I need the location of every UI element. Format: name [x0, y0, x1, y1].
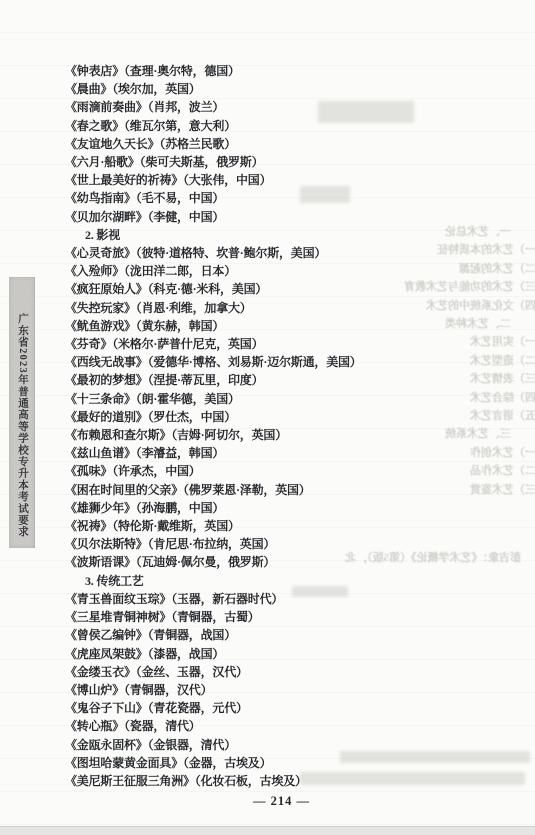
list-item: 《最初的梦想》（涅提·蒂瓦里，印度）	[65, 371, 485, 389]
list-item: 《入殓师》（泷田洋二郎，日本）	[65, 262, 485, 280]
scan-edge-strip	[0, 826, 535, 835]
list-item: 《美尼斯王征服三角洲》（化妆石板，古埃及）	[65, 772, 485, 790]
section-heading: 2. 影视	[65, 226, 485, 244]
list-item: 《困在时间里的父亲》（佛罗莱恩·泽勒，英国）	[65, 481, 485, 499]
list-item: 《贝尔法斯特》（肯尼思·布拉纳，英国）	[65, 535, 485, 553]
list-item: 《世上最美好的祈祷》（大张伟，中国）	[65, 171, 485, 189]
list-item: 《心灵奇旅》（彼特·道格特、坎普·鲍尔斯，美国）	[65, 244, 485, 262]
list-item: 《芬奇》（米格尔·萨普什尼克，英国）	[65, 335, 485, 353]
list-item: 《三星堆青铜神树》（青铜器，古蜀）	[65, 608, 485, 626]
list-item: 《六月·船歌》（柴可夫斯基，俄罗斯）	[65, 153, 485, 171]
list-item: 《贝加尔湖畔》（李健，中国）	[65, 208, 485, 226]
list-item: 《钟表店》（查理·奥尔特，德国）	[65, 62, 485, 80]
list-item: 《博山炉》（青铜器，汉代）	[65, 681, 485, 699]
page-number: — 214 —	[0, 794, 535, 809]
list-item: 《西线无战事》（爱德华·博格、刘易斯·迈尔斯通，美国）	[65, 353, 485, 371]
list-item: 《鬼谷子下山》（青花瓷器，元代）	[65, 699, 485, 717]
list-item: 《幼鸟指南》（毛不易，中国）	[65, 189, 485, 207]
list-item: 《雨滴前奏曲》（肖邦，波兰）	[65, 98, 485, 116]
list-item: 《祝祷》（特伦斯·戴维斯，英国）	[65, 517, 485, 535]
content-lines: 《钟表店》（查理·奥尔特，德国）《晨曲》（埃尔加，英国）《雨滴前奏曲》（肖邦，波…	[65, 62, 485, 790]
list-item: 《虎座凤架鼓》（漆器，战国）	[65, 645, 485, 663]
list-item: 《金瓯永固杯》（金银器，清代）	[65, 736, 485, 754]
section-heading: 3. 传统工艺	[65, 572, 485, 590]
edge-tab: 广东省2023年普通高等学校专升本考试要求	[9, 277, 35, 548]
list-item: 《图坦哈蒙黄金面具》（金器，古埃及）	[65, 754, 485, 772]
list-item: 《友谊地久天长》（苏格兰民歌）	[65, 135, 485, 153]
list-item: 《青玉兽面纹玉琮》（玉器，新石器时代）	[65, 590, 485, 608]
list-item: 《波斯语课》（瓦迪姆·佩尔曼，俄罗斯）	[65, 553, 485, 571]
list-item: 《转心瓶》（瓷器，清代）	[65, 717, 485, 735]
list-item: 《春之歌》（维瓦尔第，意大利）	[65, 117, 485, 135]
list-item: 《鱿鱼游戏》（黄东赫，韩国）	[65, 317, 485, 335]
list-item: 《疯狂原始人》（科克·德·米科，美国）	[65, 280, 485, 298]
list-item: 《孤味》（许承杰，中国）	[65, 462, 485, 480]
list-item: 《十三条命》（朗·霍华德，美国）	[65, 390, 485, 408]
list-item: 《晨曲》（埃尔加，英国）	[65, 80, 485, 98]
list-item: 《失控玩家》（肖恩·利维，加拿大）	[65, 299, 485, 317]
scanned-page: { "page": { "page_number": "— 214 —" }, …	[0, 0, 535, 835]
list-item: 《布赖恩和查尔斯》（吉姆·阿切尔，英国）	[65, 426, 485, 444]
list-item: 《最好的道别》（罗仕杰，中国）	[65, 408, 485, 426]
list-item: 《曾侯乙编钟》（青铜器，战国）	[65, 626, 485, 644]
list-item: 《金缕玉衣》（金丝、玉器，汉代）	[65, 663, 485, 681]
list-item: 《雄狮少年》（孙海鹏，中国）	[65, 499, 485, 517]
list-item: 《兹山鱼谱》（李濬益，韩国）	[65, 444, 485, 462]
